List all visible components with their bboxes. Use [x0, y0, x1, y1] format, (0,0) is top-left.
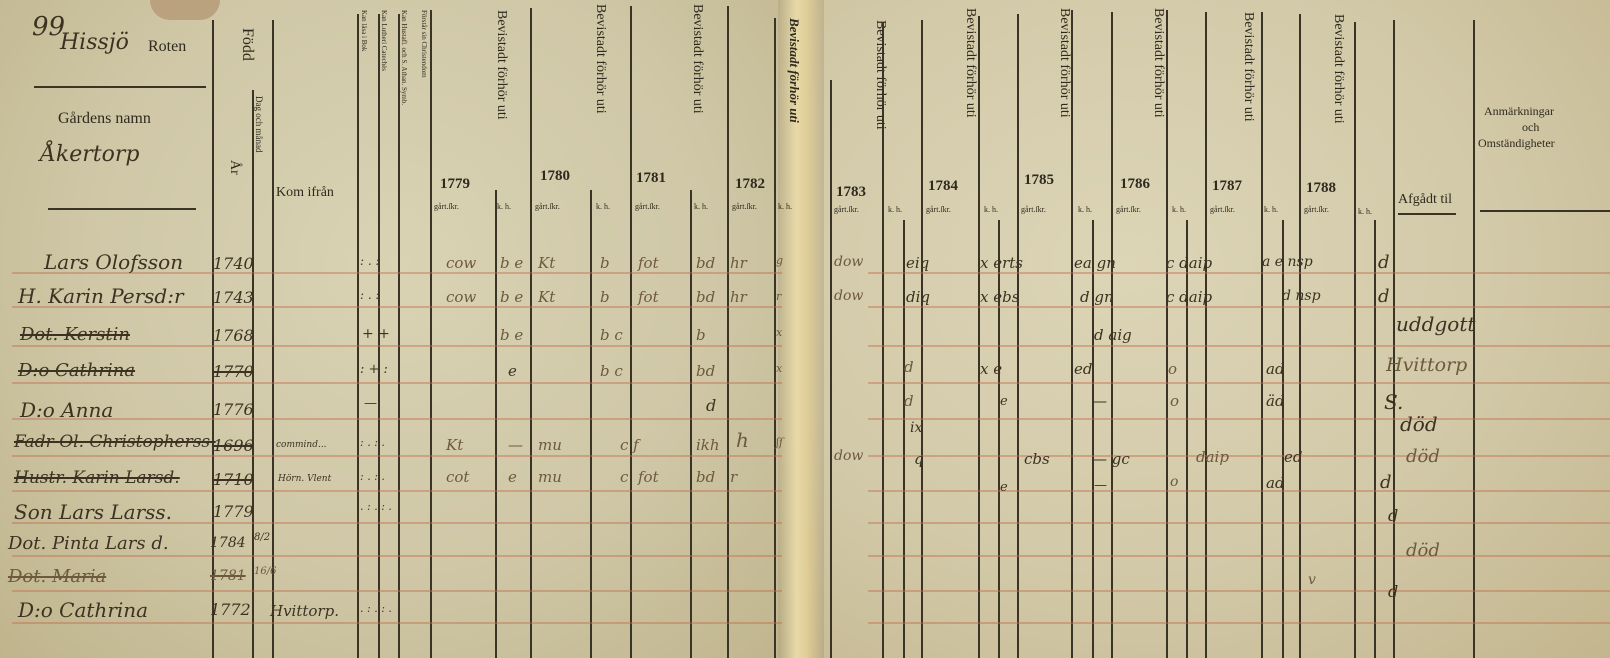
- birth-year: 1743: [213, 288, 254, 307]
- rule: [998, 220, 1000, 658]
- exam-entry: b: [600, 288, 610, 306]
- knowledge-marks: : . : .: [360, 470, 385, 483]
- rule: [590, 190, 592, 658]
- knowledge-col-2: Kan Lutheri Catechès: [380, 10, 388, 71]
- knowledge-col-1: Kan läsa i Bok: [360, 10, 368, 51]
- divider: [1398, 213, 1456, 215]
- row-rule: [12, 345, 782, 347]
- row-rule: [12, 418, 782, 420]
- divider: [1480, 210, 1610, 212]
- person-name: D:o Anna: [20, 398, 113, 422]
- rule: [1374, 220, 1376, 658]
- rule: [727, 6, 729, 658]
- knowledge-marks: + +: [362, 326, 390, 342]
- subcol-gart: gårt.ſkr.: [1304, 205, 1329, 214]
- year-1783: 1783: [836, 184, 866, 201]
- rule: [1205, 12, 1207, 658]
- rule: [1261, 12, 1263, 658]
- exam-entry: —: [1092, 392, 1107, 410]
- remarks-label-2: och: [1522, 120, 1539, 135]
- exam-entry: c f: [620, 436, 639, 454]
- exam-entry: Kt: [446, 436, 463, 454]
- exam-entry: b: [600, 254, 610, 272]
- rule: [903, 220, 905, 658]
- knowledge-marks: . : . : .: [360, 500, 392, 513]
- row-rule: [12, 622, 782, 624]
- rule: [430, 10, 432, 658]
- subcol-kh: k. h.: [984, 205, 998, 214]
- exam-entry: h: [736, 428, 749, 452]
- exam-entry: ikh: [696, 436, 720, 454]
- exam-entry: b c: [600, 326, 623, 344]
- exam-label-1780: Bevistadt förhör uti: [592, 4, 608, 114]
- exam-entry: Kt: [538, 288, 555, 306]
- came-from: Hvittorp.: [270, 602, 339, 620]
- subcol-kh: k. h.: [778, 202, 792, 211]
- year-1788: 1788: [1306, 180, 1336, 197]
- exam-entry: ad: [1266, 474, 1285, 492]
- exam-entry: fot: [638, 468, 659, 486]
- exam-entry: bd: [696, 468, 715, 486]
- exam-entry: —: [1094, 478, 1107, 493]
- year-1784: 1784: [928, 178, 958, 195]
- rule: [495, 190, 497, 658]
- row-rule: [868, 522, 1610, 524]
- rule: [1166, 10, 1168, 658]
- afgadt-label: Afgådt til: [1398, 192, 1452, 208]
- subcol-kh: k. h.: [1358, 207, 1372, 216]
- rule: [1092, 220, 1094, 658]
- row-rule: [868, 622, 1610, 624]
- divider: [34, 86, 206, 88]
- exam-entry: b e: [500, 254, 523, 272]
- person-name: D:o Cathrina: [18, 598, 148, 622]
- exam-entry: d nsp: [1282, 288, 1321, 304]
- exam-entry: c daip: [1166, 288, 1212, 306]
- year-1785: 1785: [1024, 172, 1054, 189]
- exam-entry: mu: [538, 436, 562, 454]
- exam-entry: x e: [980, 360, 1002, 378]
- exam-entry: ad: [1266, 360, 1285, 378]
- exam-entry: o: [1168, 360, 1177, 378]
- exam-entry: Kt: [538, 254, 555, 272]
- exam-entry: eiq: [906, 254, 929, 272]
- knowledge-marks: . : . : .: [360, 602, 392, 615]
- birth-year: 1740: [213, 254, 254, 273]
- exam-entry: b c: [600, 362, 623, 380]
- exam-label-1787: Bevistadt förhör uti: [1240, 12, 1256, 122]
- birth-year: 1710: [213, 470, 254, 489]
- subcol-gart: gårt.ſkr.: [535, 202, 560, 211]
- exam-entry: d: [904, 358, 914, 376]
- exam-entry: c: [620, 468, 628, 486]
- rule: [1393, 20, 1395, 658]
- remarks-entry: Hvittorp: [1386, 354, 1467, 376]
- exam-entry: ea gn: [1074, 254, 1116, 272]
- birth-year: 1768: [213, 326, 254, 345]
- exam-entry: r: [730, 468, 737, 486]
- afgadt-entry: d: [1378, 252, 1390, 273]
- exam-entry: fot: [638, 254, 659, 272]
- knowledge-col-4: Förstår sin Christendom: [420, 10, 428, 78]
- exam-entry: dow: [834, 448, 863, 464]
- birth-year: 1776: [213, 400, 254, 419]
- birth-day-month: 8/2: [254, 532, 270, 543]
- rule: [398, 14, 400, 658]
- row-rule: [868, 490, 1610, 492]
- row-rule: [12, 455, 782, 457]
- subcol-kh: k. h.: [1172, 205, 1186, 214]
- rule: [921, 20, 923, 658]
- exam-entry: cow: [446, 288, 476, 306]
- subcol-gart: gårt.ſkr.: [926, 205, 951, 214]
- subcol-gart: gårt.ſkr.: [732, 202, 757, 211]
- exam-entry: g: [776, 254, 783, 267]
- exam-entry: x ebs: [980, 288, 1019, 306]
- exam-entry: e: [1000, 480, 1008, 495]
- exam-entry: c daip: [1166, 254, 1212, 272]
- exam-entry: cow: [446, 254, 476, 272]
- afgadt-entry: d: [1378, 286, 1390, 307]
- birth-day-month: 16/6: [254, 566, 276, 577]
- kom-ifran-label: Kom ifrån: [276, 185, 334, 201]
- knowledge-marks: : . :: [360, 288, 380, 302]
- exam-entry: cbs: [1024, 450, 1050, 468]
- exam-entry: x: [776, 362, 782, 375]
- exam-entry: x erts: [980, 254, 1023, 272]
- subcol-gart: gårt.ſkr.: [1210, 205, 1235, 214]
- row-rule: [868, 272, 1610, 274]
- exam-entry: d gn: [1080, 288, 1114, 306]
- exam-entry: ed: [1284, 448, 1302, 466]
- rule: [1282, 220, 1284, 658]
- rule: [630, 6, 632, 658]
- remarks-entry: död: [1406, 540, 1440, 561]
- subcol-gart: gårt.ſkr.: [1021, 205, 1046, 214]
- remarks-entry: död: [1400, 412, 1438, 436]
- exam-entry: e: [508, 362, 517, 380]
- rule: [272, 20, 274, 658]
- exam-label-1784: Bevistadt förhör uti: [962, 8, 978, 118]
- exam-entry: o: [1170, 474, 1178, 490]
- subcol-kh: k. h.: [497, 202, 511, 211]
- exam-entry: e: [1000, 394, 1008, 409]
- subcol-kh: k. h.: [1264, 205, 1278, 214]
- exam-entry: bd: [696, 254, 715, 272]
- rule: [830, 80, 832, 658]
- knowledge-col-3: Kan Hustafl. och S. Athan. Symb.: [400, 10, 408, 105]
- row-rule: [868, 590, 1610, 592]
- exam-entry: b e: [500, 326, 523, 344]
- year-1786: 1786: [1120, 176, 1150, 193]
- rote-label: Roten: [148, 38, 186, 56]
- exam-entry: mu: [538, 468, 562, 486]
- subcol-gart: gårt.ſkr.: [1116, 205, 1141, 214]
- afgadt-entry: d: [1380, 472, 1392, 493]
- row-rule: [868, 555, 1610, 557]
- exam-entry: d: [706, 396, 716, 415]
- person-name: Dot. Maria: [8, 566, 106, 587]
- exam-label-1779: Bevistadt förhör uti: [493, 10, 509, 120]
- exam-entry: bd: [696, 288, 715, 306]
- row-rule: [12, 490, 782, 492]
- person-name: H. Karin Persd:r: [18, 284, 184, 308]
- year-1780: 1780: [540, 168, 570, 185]
- exam-entry: bd: [696, 362, 715, 380]
- exam-entry: x: [776, 326, 782, 339]
- birth-year: 1772: [210, 600, 251, 619]
- row-rule: [12, 555, 782, 557]
- exam-entry: cot: [446, 468, 469, 486]
- remarks-entry: död: [1406, 446, 1440, 467]
- divider: [48, 208, 196, 210]
- exam-entry: q: [914, 450, 924, 468]
- gard-label: Gårdens namn: [58, 110, 151, 128]
- afgadt-entry: d: [1388, 506, 1398, 525]
- row-rule: [12, 382, 782, 384]
- remarks-entry: uddgott: [1396, 312, 1475, 336]
- subcol-gart: gårt.ſkr.: [434, 202, 459, 211]
- ar-label: År: [226, 160, 242, 175]
- row-rule: [868, 306, 1610, 308]
- exam-entry: dow: [834, 288, 863, 304]
- exam-entry: e: [508, 468, 517, 486]
- rule: [1354, 22, 1356, 658]
- knowledge-marks: : . :: [360, 254, 380, 268]
- subcol-kh: k. h.: [596, 202, 610, 211]
- rule: [357, 14, 359, 658]
- person-name: Son Lars Larss.: [14, 500, 172, 524]
- subcol-kh: k. h.: [694, 202, 708, 211]
- exam-label-1783: Bevistadt förhör uti: [872, 20, 888, 130]
- subcol-kh: k. h.: [1078, 205, 1092, 214]
- exam-entry: hr: [730, 254, 747, 272]
- person-name: Dot. Pinta Lars d.: [8, 533, 169, 554]
- knowledge-marks: : . : .: [360, 436, 385, 449]
- came-from: Hörn. Vlent: [278, 474, 331, 484]
- person-name: Fadr Ol. Christopherss.: [14, 432, 216, 452]
- year-1781: 1781: [636, 170, 666, 187]
- rule: [690, 190, 692, 658]
- birth-year: 1784: [210, 535, 246, 551]
- exam-entry: — gc: [1092, 450, 1130, 468]
- subcol-gart: gårt.ſkr.: [834, 205, 859, 214]
- exam-entry: fot: [638, 288, 659, 306]
- remarks-label-1: Anmärkningar: [1484, 104, 1554, 119]
- subcol-kh: k. h.: [888, 205, 902, 214]
- rule: [530, 8, 532, 658]
- birth-year: 1696: [213, 436, 254, 455]
- person-name: D:o Cathrina: [18, 360, 135, 381]
- rule: [1186, 220, 1188, 658]
- birth-year: 1770: [213, 362, 254, 381]
- rule: [882, 22, 884, 658]
- year-1782: 1782: [735, 176, 765, 193]
- gard-name: Åkertorp: [40, 142, 139, 167]
- exam-entry: äd: [1266, 392, 1285, 410]
- came-from: commind...: [276, 440, 327, 450]
- exam-label-1782: Bevistadt förhör uti: [786, 18, 802, 123]
- exam-entry: d: [904, 392, 914, 410]
- dag-manad-label: Dag och månad: [254, 96, 264, 152]
- row-rule: [868, 418, 1610, 420]
- exam-label-1788: Bevistadt förhör uti: [1330, 14, 1346, 124]
- exam-entry: o: [1170, 392, 1179, 410]
- exam-entry: b: [696, 326, 706, 344]
- person-name: Lars Olofsson: [44, 250, 183, 274]
- subcol-gart: gårt.ſkr.: [635, 202, 660, 211]
- row-rule: [868, 455, 1610, 457]
- knowledge-marks: : + :: [360, 362, 388, 377]
- fodd-label: Född: [238, 28, 256, 61]
- rule: [978, 16, 980, 658]
- exam-label-1785: Bevistadt förhör uti: [1056, 8, 1072, 118]
- exam-entry: ed: [1074, 360, 1092, 378]
- exam-label-1781: Bevistadt förhör uti: [689, 4, 705, 114]
- exam-entry: ʃſ: [776, 436, 783, 449]
- year-1779: 1779: [440, 176, 470, 193]
- rule: [1299, 14, 1301, 658]
- afgadt-entry: d: [1388, 582, 1398, 601]
- exam-entry: ix: [910, 420, 922, 436]
- row-rule: [12, 590, 782, 592]
- exam-entry: diq: [906, 288, 930, 306]
- rule: [1071, 10, 1073, 658]
- paper-stain: [150, 0, 220, 20]
- remarks-label-3: Omständigheter: [1478, 136, 1555, 151]
- exam-entry: —: [508, 436, 523, 454]
- row-rule: [868, 345, 1610, 347]
- rule: [1017, 14, 1019, 658]
- afgadt-entry: S.: [1384, 390, 1403, 414]
- rule: [1473, 20, 1475, 658]
- knowledge-marks: —: [364, 396, 377, 411]
- year-1787: 1787: [1212, 178, 1242, 195]
- exam-entry: hr: [730, 288, 747, 306]
- exam-entry: r: [776, 290, 781, 303]
- exam-entry: daip: [1196, 448, 1229, 466]
- exam-entry: dow: [834, 254, 863, 270]
- exam-entry: a e nsp: [1262, 254, 1313, 270]
- exam-label-1786: Bevistadt förhör uti: [1150, 8, 1166, 118]
- birth-year: 1781: [210, 568, 246, 584]
- row-rule: [868, 382, 1610, 384]
- exam-entry: b e: [500, 288, 523, 306]
- rote-name: Hissjö: [60, 30, 129, 55]
- exam-entry: d aig: [1094, 326, 1132, 344]
- exam-entry: v: [1308, 572, 1316, 588]
- person-name: Hustr. Karin Larsd.: [14, 468, 180, 488]
- birth-year: 1779: [213, 502, 254, 521]
- person-name: Dot. Kerstin: [20, 324, 130, 345]
